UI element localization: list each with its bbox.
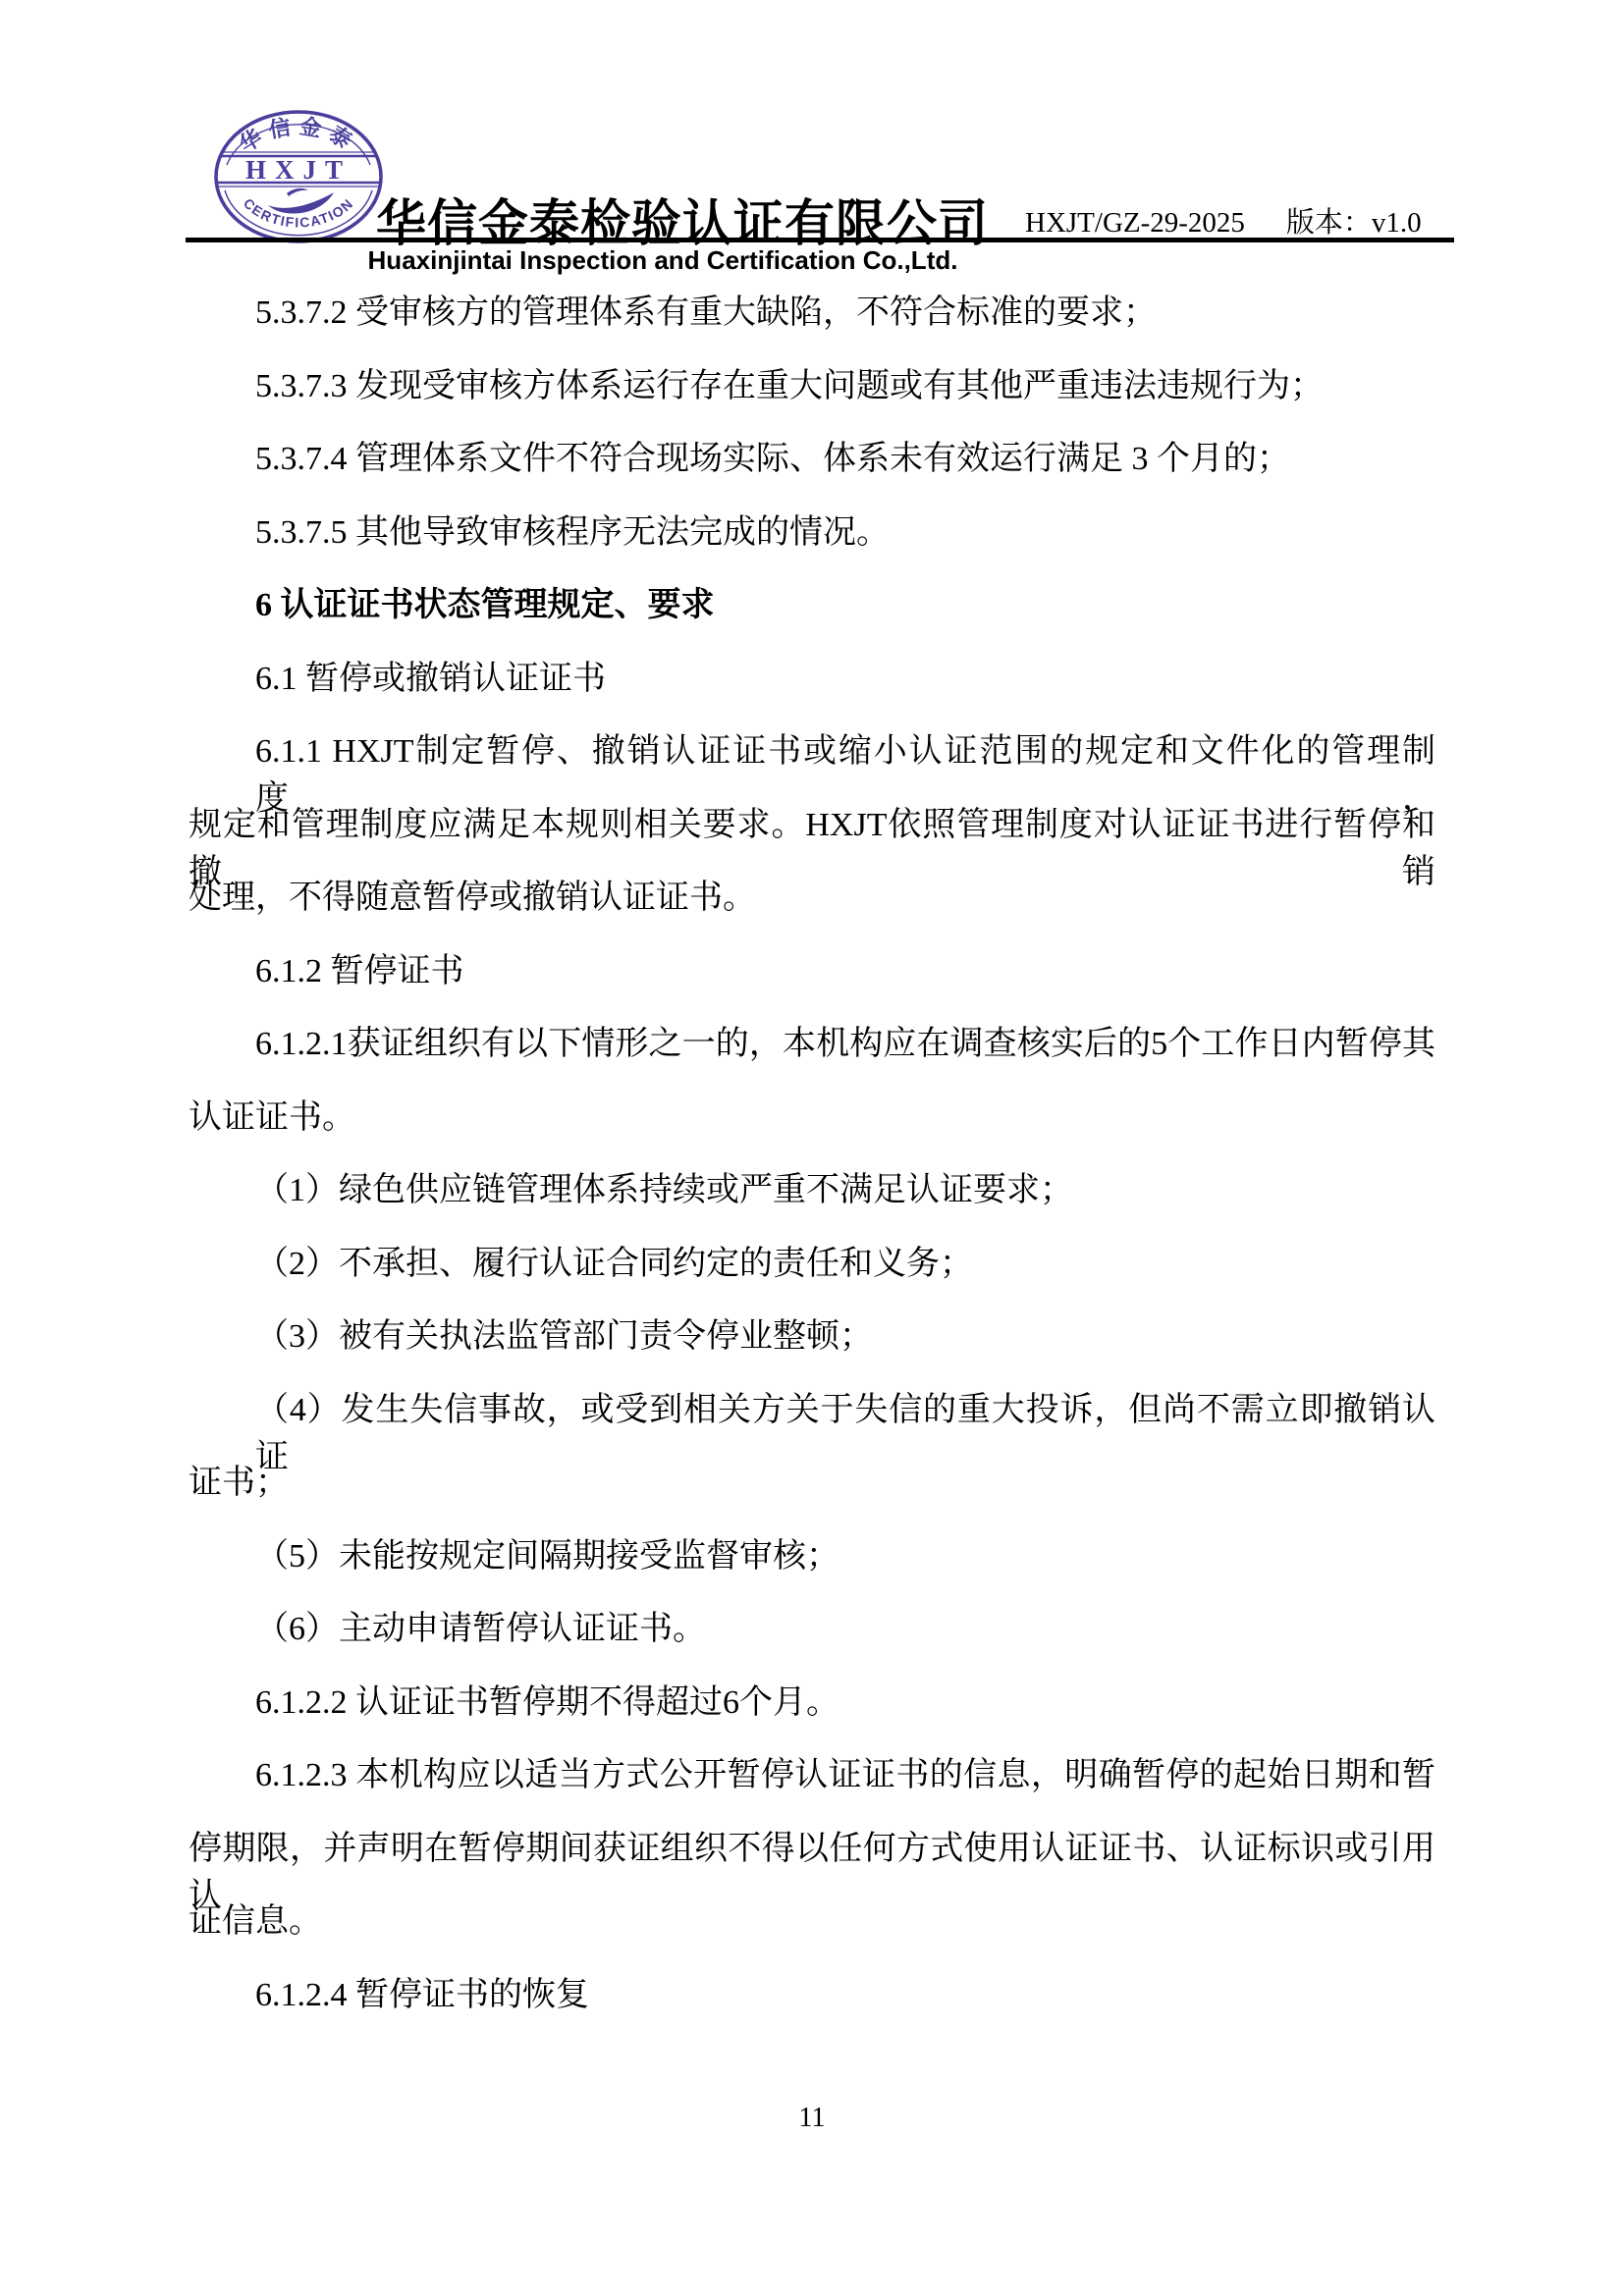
text-line: 6.1.2 暂停证书 — [189, 948, 1435, 995]
document-body: 5.3.7.2 受审核方的管理体系有重大缺陷，不符合标准的要求；5.3.7.3 … — [0, 0, 1624, 2296]
text-line: 6.1.2.2 认证证书暂停期不得超过6个月。 — [189, 1680, 1435, 1727]
text-line: 处理，不得随意暂停或撤销认证证书。 — [189, 875, 1435, 922]
text-line: （6）主动申请暂停认证证书。 — [189, 1606, 1435, 1653]
text-line: （1）绿色供应链管理体系持续或严重不满足认证要求； — [189, 1167, 1435, 1214]
text-line: （2）不承担、履行认证合同约定的责任和义务； — [189, 1241, 1435, 1288]
text-line: 6.1 暂停或撤销认证证书 — [189, 656, 1435, 703]
text-line: （3）被有关执法监管部门责令停业整顿； — [189, 1313, 1435, 1361]
document-page: 华信金泰 HXJT CERTIFICATION 华信金泰检验认证有限公司 HXJ… — [0, 0, 1624, 2296]
text-line: 6 认证证书状态管理规定、要求 — [189, 582, 1435, 629]
text-line: 证信息。 — [189, 1898, 1435, 1946]
text-line: 5.3.7.5 其他导致审核程序无法完成的情况。 — [189, 509, 1435, 557]
text-line: 6.1.2.4 暂停证书的恢复 — [189, 1972, 1435, 2019]
text-line: 6.1.2.3 本机构应以适当方式公开暂停认证证书的信息，明确暂停的起始日期和暂 — [189, 1752, 1435, 1799]
text-line: 6.1.2.1获证组织有以下情形之一的，本机构应在调查核实后的5个工作日内暂停其 — [189, 1021, 1435, 1068]
text-line: 5.3.7.2 受审核方的管理体系有重大缺陷，不符合标准的要求； — [189, 290, 1435, 337]
text-line: （5）未能按规定间隔期接受监督审核； — [189, 1533, 1435, 1580]
text-line: 5.3.7.3 发现受审核方体系运行存在重大问题或有其他严重违法违规行为； — [189, 363, 1435, 410]
text-line: 5.3.7.4 管理体系文件不符合现场实际、体系未有效运行满足 3 个月的； — [189, 436, 1435, 483]
page-number: 11 — [0, 2103, 1624, 2134]
text-line: 证书； — [189, 1460, 1435, 1507]
text-line: 认证证书。 — [189, 1095, 1435, 1142]
